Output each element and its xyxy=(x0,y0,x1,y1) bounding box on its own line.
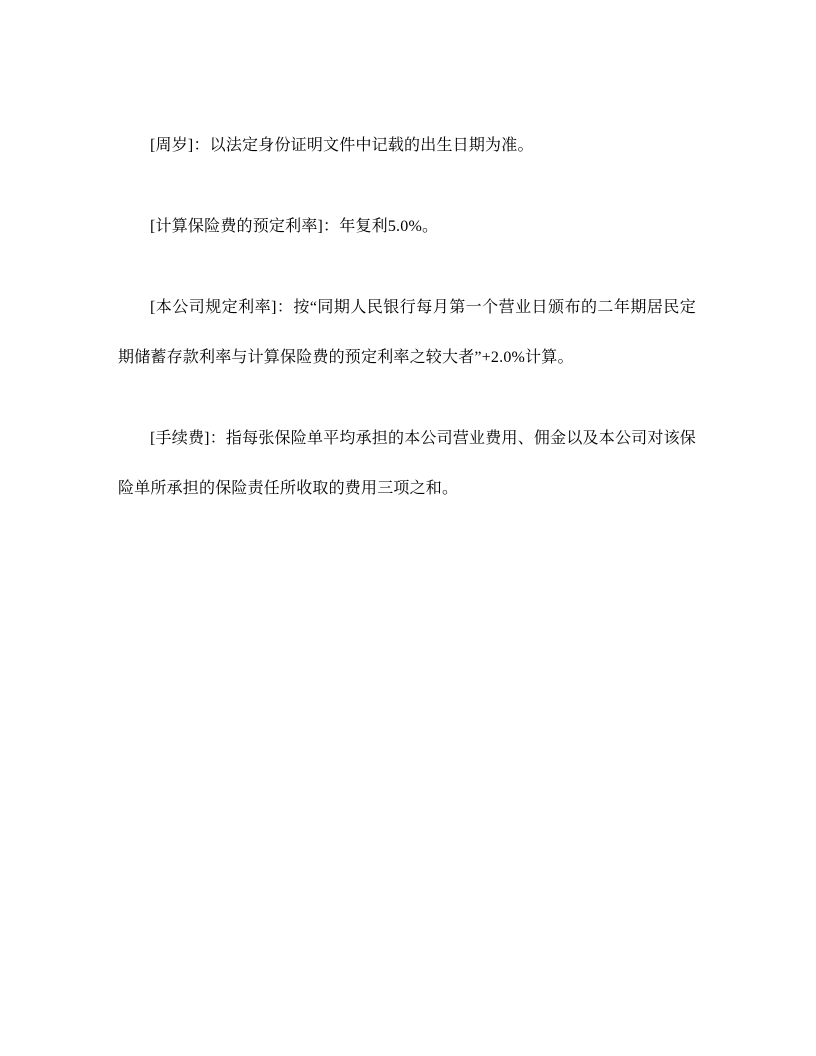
paragraph-term-zhousui: [周岁]：以法定身份证明文件中记载的出生日期为准。 xyxy=(118,121,696,171)
document-body: [周岁]：以法定身份证明文件中记载的出生日期为准。 [计算保险费的预定利率]：年… xyxy=(118,121,696,514)
paragraph-term-predetermined-interest-rate: [计算保险费的预定利率]：年复利5.0%。 xyxy=(118,202,696,252)
paragraph-term-service-fee: [手续费]：指每张保险单平均承担的本公司营业费用、佣金以及本公司对该保险单所承担… xyxy=(118,414,696,514)
document-page: [周岁]：以法定身份证明文件中记载的出生日期为准。 [计算保险费的预定利率]：年… xyxy=(0,0,816,1056)
paragraph-term-company-stipulated-rate: [本公司规定利率]：按“同期人民银行每月第一个营业日颁布的二年期居民定期储蓄存款… xyxy=(118,283,696,383)
